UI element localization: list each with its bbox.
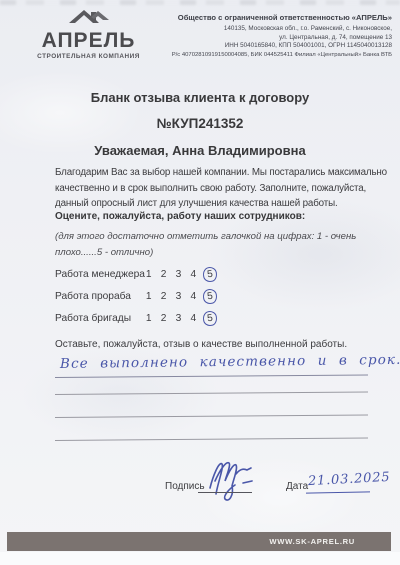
rating-circled-value: 5 xyxy=(202,310,218,327)
ruled-line xyxy=(55,375,368,378)
review-prompt: Оставьте, пожалуйста, отзыв о качестве в… xyxy=(55,339,347,350)
rating-label: Работа прораба xyxy=(55,291,143,302)
company-name: Общество с ограниченной ответственностью… xyxy=(142,13,392,22)
company-bank-line: Р/с 40702810919150004085, БИК 044525411 … xyxy=(142,51,392,60)
footer-bar: WWW.SK-APREL.RU xyxy=(7,532,391,551)
rating-circled-value: 5 xyxy=(202,288,218,305)
title-block: Бланк отзыва клиента к договору №КУП2413… xyxy=(0,90,400,158)
rate-note-line: (для этого достаточно отметить галочкой … xyxy=(55,229,356,245)
ruled-line xyxy=(55,392,368,395)
ruled-line xyxy=(55,415,368,418)
company-reg-line: ИНН 5040165840, КПП 504001001, ОГРН 1145… xyxy=(142,42,392,51)
intro-line: качественно и в срок выполнить свою рабо… xyxy=(55,181,387,197)
rate-heading: Оцените, пожалуйста, работу наших сотруд… xyxy=(55,211,305,222)
rating-scale: 1 2 3 4 xyxy=(146,313,200,324)
intro-paragraph: Благодарим Вас за выбор нашей компании. … xyxy=(55,165,387,212)
logo-title: АПРЕЛЬ xyxy=(26,30,151,52)
roof-icon xyxy=(67,5,111,29)
rating-row-crew: Работа бригады 1 2 3 4 5 xyxy=(55,311,217,333)
company-info: Общество с ограниченной ответственностью… xyxy=(142,13,392,59)
handwritten-date: 21.03.2025 xyxy=(308,470,391,489)
rating-row-manager: Работа менеджера 1 2 3 4 5 xyxy=(55,267,217,289)
form-title: Бланк отзыва клиента к договору xyxy=(0,90,400,105)
company-address-line1: 140135, Московская обл., г.о. Раменский,… xyxy=(142,25,392,34)
date-line xyxy=(306,491,370,493)
ratings-list: Работа менеджера 1 2 3 4 5 Работа прораб… xyxy=(55,267,217,333)
scan-bottom-edge xyxy=(0,552,400,565)
signature-label: Подпись xyxy=(165,481,205,492)
signature-scribble xyxy=(204,452,256,506)
rating-row-foreman: Работа прораба 1 2 3 4 5 xyxy=(55,289,217,311)
handwritten-review-text: Все выполнено качественно и в срок. xyxy=(60,352,380,372)
client-greeting: Уважаемая, Анна Владимировна xyxy=(0,143,400,158)
intro-line: Благодарим Вас за выбор нашей компании. … xyxy=(55,165,387,181)
rating-label: Работа менеджера xyxy=(55,269,143,280)
date-label: Дата xyxy=(286,481,308,492)
signature-line xyxy=(198,492,252,493)
rating-label: Работа бригады xyxy=(55,313,143,324)
rate-note: (для этого достаточно отметить галочкой … xyxy=(55,229,356,261)
contract-number: №КУП241352 xyxy=(0,116,400,131)
rating-scale: 1 2 3 4 xyxy=(146,291,200,302)
intro-line: данный опросный лист для улучшения качес… xyxy=(55,196,387,212)
website-url: WWW.SK-APREL.RU xyxy=(269,537,391,546)
ruled-line xyxy=(55,438,368,441)
scanned-feedback-form: АПРЕЛЬ СТРОИТЕЛЬНАЯ КОМПАНИЯ Общество с … xyxy=(0,0,400,565)
logo-subtitle: СТРОИТЕЛЬНАЯ КОМПАНИЯ xyxy=(26,53,151,60)
company-address-line2: ул. Центральная, д. 74, помещение 13 xyxy=(142,34,392,43)
rating-scale: 1 2 3 4 xyxy=(146,269,200,280)
rate-note-line: плохо......5 - отлично) xyxy=(55,245,356,261)
rating-circled-value: 5 xyxy=(202,266,218,283)
company-logo: АПРЕЛЬ СТРОИТЕЛЬНАЯ КОМПАНИЯ xyxy=(26,5,151,60)
